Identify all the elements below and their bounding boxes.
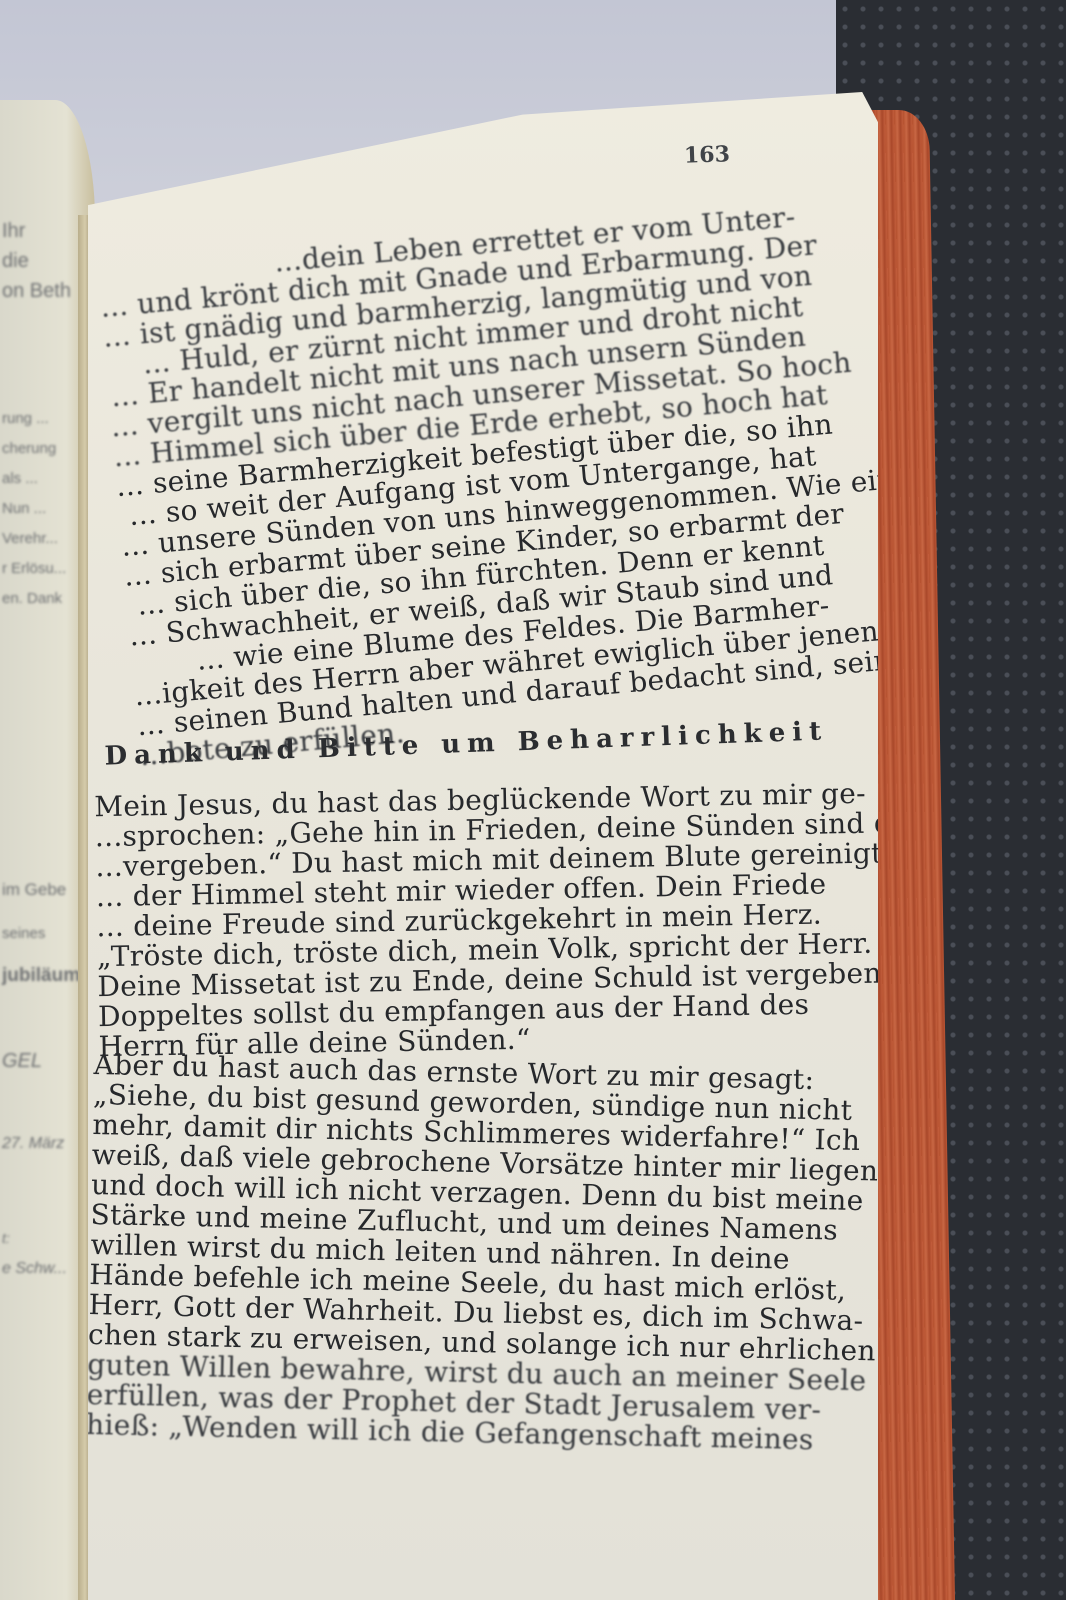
left-page-fragment: on Beth	[2, 280, 71, 303]
left-page-fragment: GEL	[2, 1050, 42, 1073]
left-page-fragment: t:	[2, 1230, 10, 1246]
left-page-fragment: cherung	[2, 440, 56, 457]
left-page-fragment: r Erlösu...	[2, 560, 66, 577]
paragraph-dank: Mein Jesus, du hast das beglückende Wort…	[94, 780, 799, 1062]
page-number: 163	[684, 141, 731, 169]
left-page-fragment: Nun ...	[2, 500, 46, 517]
right-page: 163 ˌ ˌ ˌ ˌ ˌ ˌ ˌ ch ! : ...dein Leben e…	[88, 92, 878, 1600]
left-page-fragment: e Schw...	[2, 1260, 67, 1278]
left-page-fragment: Ihr	[2, 220, 25, 243]
paragraph-ernste-wort: Aber du hast auch das ernste Wort zu mir…	[86, 1050, 794, 1455]
left-page-fragment: als ...	[2, 470, 38, 487]
left-page-fragment: Verehr...	[2, 530, 58, 547]
left-page-fragment: jubiläum	[2, 965, 80, 987]
left-page-fragment: 27. März	[2, 1135, 64, 1153]
left-page-fragment: rung ...	[2, 410, 49, 427]
left-page-fragment: seines	[2, 925, 45, 942]
left-page-fragment: im Gebe	[2, 880, 66, 900]
left-page-fragment: en. Dank	[2, 590, 62, 607]
body-text: ...dein Leben errettet er vom Unter- ...…	[94, 202, 794, 1440]
paragraph-psalm: ...dein Leben errettet er vom Unter- ...…	[97, 202, 839, 771]
left-page-fragment: die	[2, 250, 29, 273]
